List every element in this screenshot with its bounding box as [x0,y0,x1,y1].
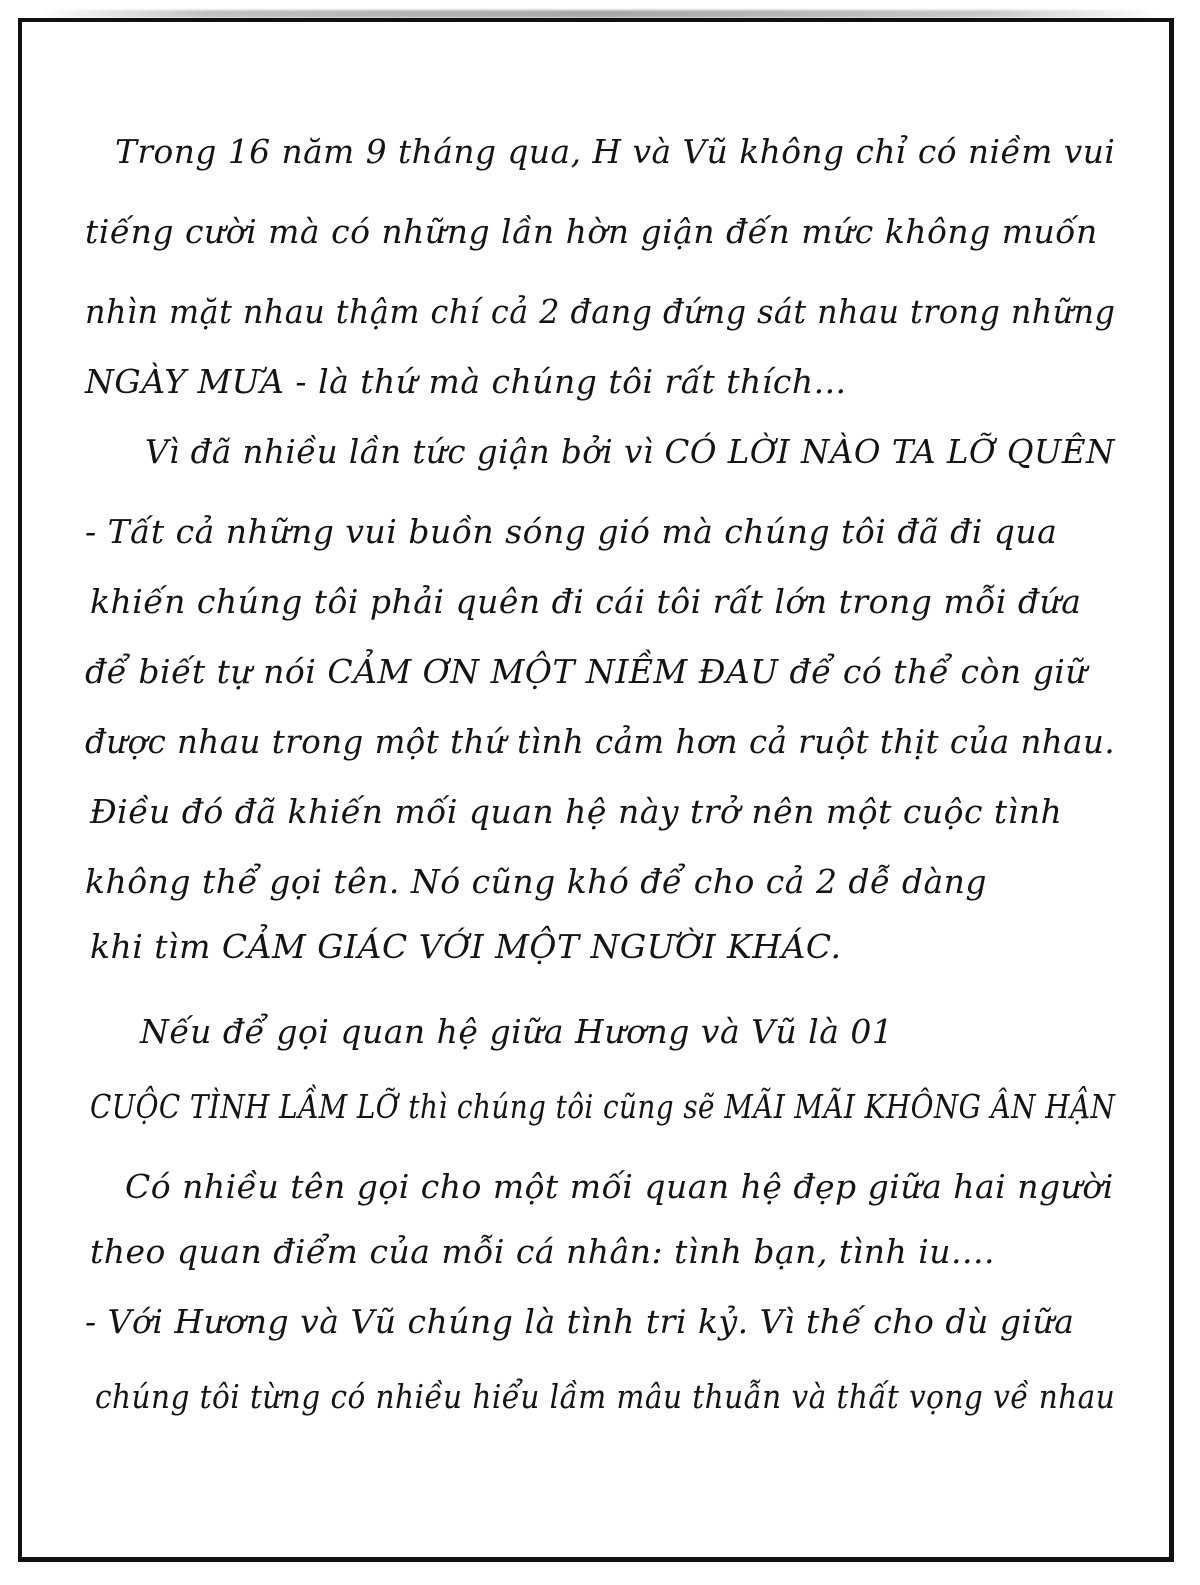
text-line: khiến chúng tôi phải quên đi cái tôi rất… [90,582,1081,621]
text-line: Có nhiều tên gọi cho một mối quan hệ đẹp… [125,1167,1114,1206]
text-line: Trong 16 năm 9 tháng qua, H và Vũ không … [115,132,1115,171]
text-line: không thể gọi tên. Nó cũng khó để cho cả… [85,862,987,901]
frame-smudge [40,10,1160,18]
text-line: Vì đã nhiều lần tức giận bởi vì CÓ LỜI N… [145,432,1115,471]
text-line: được nhau trong một thứ tình cảm hơn cả … [85,722,1115,761]
text-line: theo quan điểm của mỗi cá nhân: tình bạn… [90,1232,995,1271]
text-line: - Với Hương và Vũ chúng là tình tri kỷ. … [85,1302,1074,1341]
text-line: nhìn mặt nhau thậm chí cả 2 đang đứng sá… [85,292,1115,331]
text-line: tiếng cười mà có những lần hờn giận đến … [85,212,1098,251]
text-line: chúng tôi từng có nhiều hiểu lầm mâu thu… [95,1377,1115,1416]
text-line: NGÀY MƯA - là thứ mà chúng tôi rất thích… [85,362,847,401]
text-line: - Tất cả những vui buồn sóng gió mà chún… [85,512,1057,551]
text-line: CUỘC TÌNH LẦM LỠ thì chúng tôi cũng sẽ M… [90,1087,1115,1126]
text-line: khi tìm CẢM GIÁC VỚI MỘT NGƯỜI KHÁC. [90,927,841,966]
text-line: để biết tự nói CẢM ƠN MỘT NIỀM ĐAU để có… [85,652,1087,691]
text-line: Nếu để gọi quan hệ giữa Hương và Vũ là 0… [140,1012,893,1051]
text-line: Điều đó đã khiến mối quan hệ này trở nên… [90,792,1062,831]
